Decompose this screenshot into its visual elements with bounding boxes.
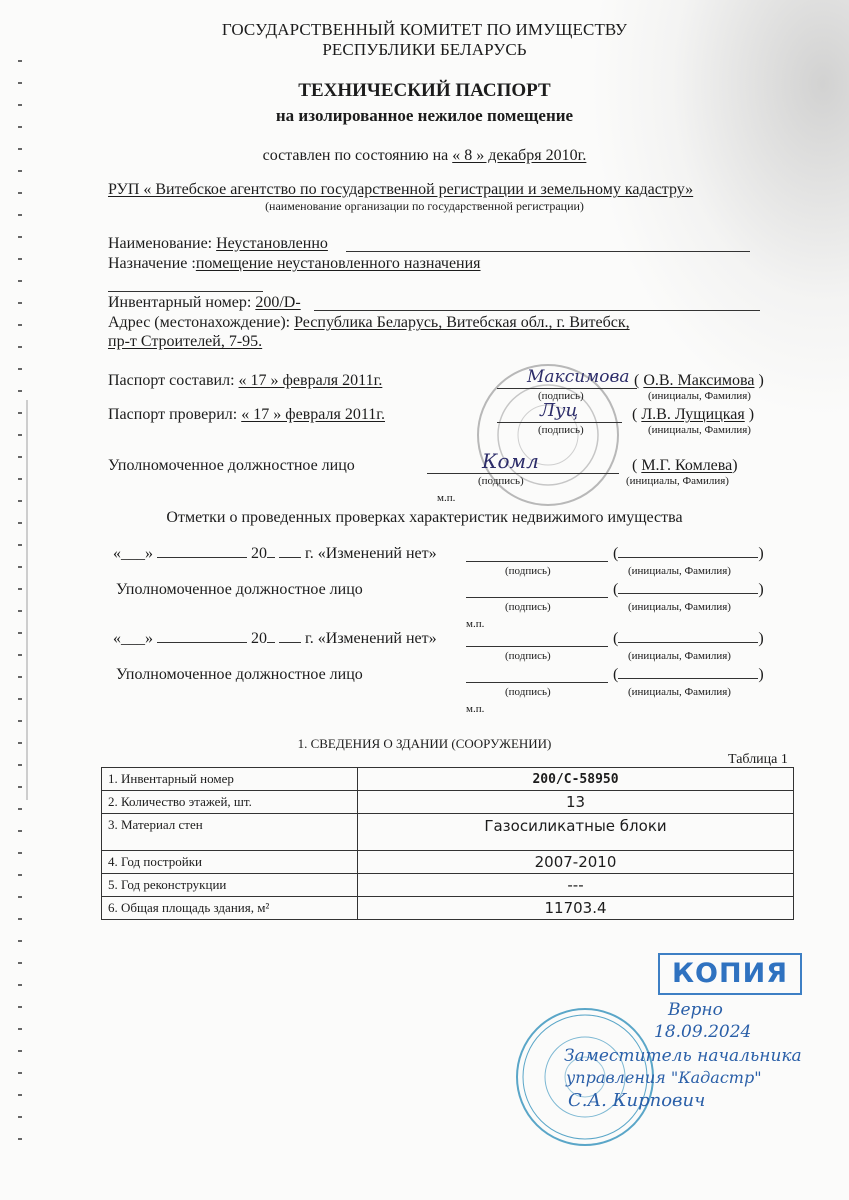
initials-bracket: () [613, 581, 764, 599]
check-year-prefix: 20 [251, 545, 267, 562]
underline [314, 310, 760, 311]
table-row: 4. Год постройки2007-2010 [102, 851, 794, 874]
name-label: Наименование: [108, 235, 212, 252]
check-day: «___» [113, 630, 153, 647]
org-line-2: РЕСПУБЛИКИ БЕЛАРУСЬ [0, 40, 849, 60]
signature-line [466, 561, 608, 562]
signature-caption: (подпись) [505, 601, 551, 613]
initials-bracket: () [613, 666, 764, 684]
inventory-value: 200/D- [255, 294, 300, 311]
address-field: Адрес (местонахождение): Республика Бела… [108, 314, 630, 332]
row-value: --- [358, 874, 794, 897]
row-label: 3. Материал стен [102, 814, 358, 851]
document-subtitle: на изолированное нежилое помещение [0, 106, 849, 126]
inventory-field: Инвентарный номер: 200/D- [108, 294, 301, 312]
document-title: ТЕХНИЧЕСКИЙ ПАСПОРТ [0, 80, 849, 102]
name-field: Наименование: Неустановленно [108, 235, 328, 253]
initials-caption: (инициалы, Фамилия) [626, 475, 729, 487]
purpose-field: Назначение :помещение неустановленного н… [108, 255, 481, 273]
compiled-signature: Максимова [527, 367, 630, 387]
table-row: 2. Количество этажей, шт.13 [102, 791, 794, 814]
initials-bracket: () [613, 630, 764, 648]
signature-line [466, 597, 608, 598]
check-year-blank [267, 630, 275, 643]
initials-bracket: () [613, 545, 764, 563]
seal-mark: м.п. [466, 618, 484, 630]
check-month-blank [157, 630, 247, 643]
signature-line [427, 473, 619, 474]
initials-blank [618, 666, 758, 679]
checked-by-row: Паспорт проверил: « 17 » февраля 2011г. [108, 406, 385, 424]
row-label: 1. Инвентарный номер [102, 768, 358, 791]
verified-note: Верно [668, 1000, 723, 1020]
check-month-blank [157, 545, 247, 558]
checked-by-name: ( Л.В. Лущицкая ) [632, 406, 754, 424]
initials-blank [618, 545, 758, 558]
certification-date: 18.09.2024 [654, 1022, 751, 1042]
compiled-as-of: составлен по состоянию на « 8 » декабря … [0, 147, 849, 165]
initials-blank [618, 581, 758, 594]
check-official-label: Уполномоченное должностное лицо [116, 581, 363, 599]
table-row: 3. Материал стенГазосиликатные блоки [102, 814, 794, 851]
signature-line [466, 682, 608, 683]
compiled-date: « 8 » декабря 2010г. [452, 147, 586, 164]
signature-caption: (подпись) [505, 565, 551, 577]
organization-name: РУП « Витебское агентство по государстве… [108, 181, 778, 199]
signature-line [497, 422, 622, 423]
check-day: «___» [113, 545, 153, 562]
row-value: Газосиликатные блоки [358, 814, 794, 851]
table-row: 6. Общая площадь здания, м²11703.4 [102, 897, 794, 920]
address-label: Адрес (местонахождение): [108, 314, 290, 331]
check-date-row: «___» 20 г. «Изменений нет» [113, 630, 437, 648]
compiled-name: О.В. Максимова [643, 372, 754, 389]
table-row: 1. Инвентарный номер200/С-58950 [102, 768, 794, 791]
table-label: Таблица 1 [728, 752, 788, 768]
initials-caption: (инициалы, Фамилия) [648, 424, 751, 436]
signature-caption: (подпись) [538, 424, 584, 436]
section1-heading: 1. СВЕДЕНИЯ О ЗДАНИИ (СООРУЖЕНИИ) [0, 736, 849, 752]
initials-caption: (инициалы, Фамилия) [628, 565, 731, 577]
official-name: ( М.Г. Комлева) [632, 457, 738, 475]
initials-blank [618, 630, 758, 643]
row-label: 4. Год постройки [102, 851, 358, 874]
initials-caption: (инициалы, Фамилия) [628, 601, 731, 613]
initials-caption: (инициалы, Фамилия) [648, 390, 751, 402]
organization-name-text: РУП « Витебское агентство по государстве… [108, 181, 693, 198]
purpose-label: Назначение : [108, 255, 196, 272]
checks-heading: Отметки о проведенных проверках характер… [0, 509, 849, 527]
check-no-changes: «Изменений нет» [318, 630, 437, 647]
checked-by-date: « 17 » февраля 2011г. [241, 406, 385, 423]
table-row: 5. Год реконструкции--- [102, 874, 794, 897]
address-line-1: Республика Беларусь, Витебская обл., г. … [294, 314, 630, 331]
compiled-by-date: « 17 » февраля 2011г. [239, 372, 383, 389]
row-value: 13 [358, 791, 794, 814]
check-year-suffix: г. [305, 630, 314, 647]
address-line-2: пр-т Строителей, 7-95. [108, 333, 262, 350]
checked-signature: Луц [540, 400, 578, 421]
compiled-by-name: ( О.В. Максимова ) [634, 372, 764, 390]
name-value: Неустановленно [216, 235, 328, 252]
certifier-name: С.А. Кирпович [568, 1090, 705, 1111]
compiled-by-row: Паспорт составил: « 17 » февраля 2011г. [108, 372, 382, 390]
compiled-by-label: Паспорт составил: [108, 372, 235, 389]
underline [346, 251, 750, 252]
signature-caption: (подпись) [478, 475, 524, 487]
copy-stamp: КОПИЯ [658, 953, 802, 995]
seal-mark: м.п. [437, 492, 455, 504]
check-official-label: Уполномоченное должностное лицо [116, 666, 363, 684]
seal-mark: м.п. [466, 703, 484, 715]
underline [108, 291, 263, 292]
check-year-suffix: г. [305, 545, 314, 562]
address-field-line2: пр-т Строителей, 7-95. [108, 333, 262, 351]
signature-line [497, 388, 637, 389]
row-value: 200/С-58950 [358, 768, 794, 791]
row-value: 2007-2010 [358, 851, 794, 874]
signature-caption: (подпись) [505, 686, 551, 698]
check-year-blank [279, 630, 301, 643]
org-line-1: ГОСУДАРСТВЕННЫЙ КОМИТЕТ ПО ИМУЩЕСТВУ [0, 20, 849, 40]
signature-caption: (подпись) [505, 650, 551, 662]
compiled-prefix: составлен по состоянию на [263, 147, 449, 164]
check-year-blank [267, 545, 275, 558]
organization-caption: (наименование организации по государстве… [0, 199, 849, 214]
checked-by-label: Паспорт проверил: [108, 406, 237, 423]
inventory-label: Инвентарный номер: [108, 294, 251, 311]
official-signature: Комл [482, 449, 539, 473]
check-date-row: «___» 20 г. «Изменений нет» [113, 545, 437, 563]
check-year-blank [279, 545, 301, 558]
checked-name: Л.В. Лущицкая [641, 406, 744, 423]
initials-caption: (инициалы, Фамилия) [628, 686, 731, 698]
binding-holes [18, 0, 26, 1200]
building-info-table: 1. Инвентарный номер200/С-589502. Количе… [101, 767, 794, 920]
signature-line [466, 646, 608, 647]
official-label: Уполномоченное должностное лицо [108, 457, 355, 475]
initials-caption: (инициалы, Фамилия) [628, 650, 731, 662]
official-name-text: М.Г. Комлева [641, 457, 732, 474]
row-label: 6. Общая площадь здания, м² [102, 897, 358, 920]
check-year-prefix: 20 [251, 630, 267, 647]
row-label: 2. Количество этажей, шт. [102, 791, 358, 814]
certifier-position-2: управления "Кадастр" [566, 1068, 762, 1087]
check-no-changes: «Изменений нет» [318, 545, 437, 562]
row-label: 5. Год реконструкции [102, 874, 358, 897]
row-value: 11703.4 [358, 897, 794, 920]
certifier-position-1: Заместитель начальника [564, 1046, 802, 1066]
purpose-value: помещение неустановленного назначения [196, 255, 481, 272]
